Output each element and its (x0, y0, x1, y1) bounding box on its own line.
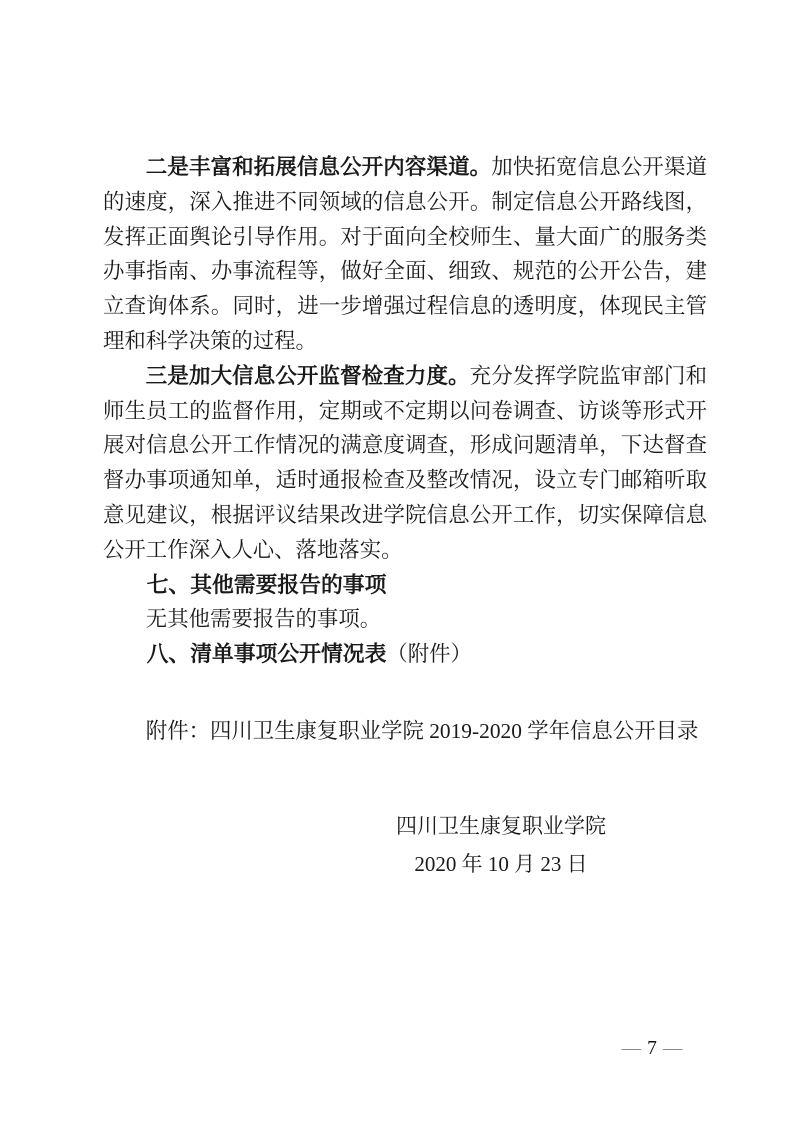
page-number-value: 7 (647, 1038, 657, 1059)
signature-org: 四川卫生康复职业学院 (340, 807, 662, 845)
paragraph-3-lead: 三是加大信息公开监督检查力度。 (146, 364, 470, 388)
paragraph-2-text: 加快拓宽信息公开渠道的速度，深入推进不同领域的信息公开。制定信息公开路线图，发挥… (103, 155, 707, 353)
paragraph-3-text: 充分发挥学院监审部门和师生员工的监督作用，定期或不定期以问卷调查、访谈等形式开展… (103, 364, 707, 562)
section-7-body: 无其他需要报告的事项。 (103, 602, 707, 637)
signature-date: 2020 年 10 月 23 日 (340, 845, 662, 883)
section-7-heading-text: 七、其他需要报告的事项 (147, 572, 387, 597)
paragraph-2: 二是丰富和拓展信息公开内容渠道。加快拓宽信息公开渠道的速度，深入推进不同领域的信… (103, 150, 707, 359)
attachment-line: 附件：四川卫生康复职业学院 2019-2020 学年信息公开目录 (103, 714, 707, 749)
document-body: 二是丰富和拓展信息公开内容渠道。加快拓宽信息公开渠道的速度，深入推进不同领域的信… (103, 150, 707, 749)
section-8-heading: 八、清单事项公开情况表（附件） (103, 637, 707, 672)
page-number-left-dash: — (616, 1038, 648, 1059)
section-7-heading: 七、其他需要报告的事项 (103, 568, 707, 603)
section-8-heading-text: 八、清单事项公开情况表 (147, 641, 387, 666)
signature-block: 四川卫生康复职业学院 2020 年 10 月 23 日 (340, 807, 662, 883)
paragraph-2-lead: 二是丰富和拓展信息公开内容渠道。 (146, 155, 491, 179)
document-page: 二是丰富和拓展信息公开内容渠道。加快拓宽信息公开渠道的速度，深入推进不同领域的信… (0, 0, 793, 1122)
section-8-heading-suffix: （附件） (386, 642, 472, 666)
paragraph-3: 三是加大信息公开监督检查力度。充分发挥学院监审部门和师生员工的监督作用，定期或不… (103, 359, 707, 568)
page-number: —7— (596, 1036, 708, 1062)
page-number-right-dash: — (657, 1038, 689, 1059)
